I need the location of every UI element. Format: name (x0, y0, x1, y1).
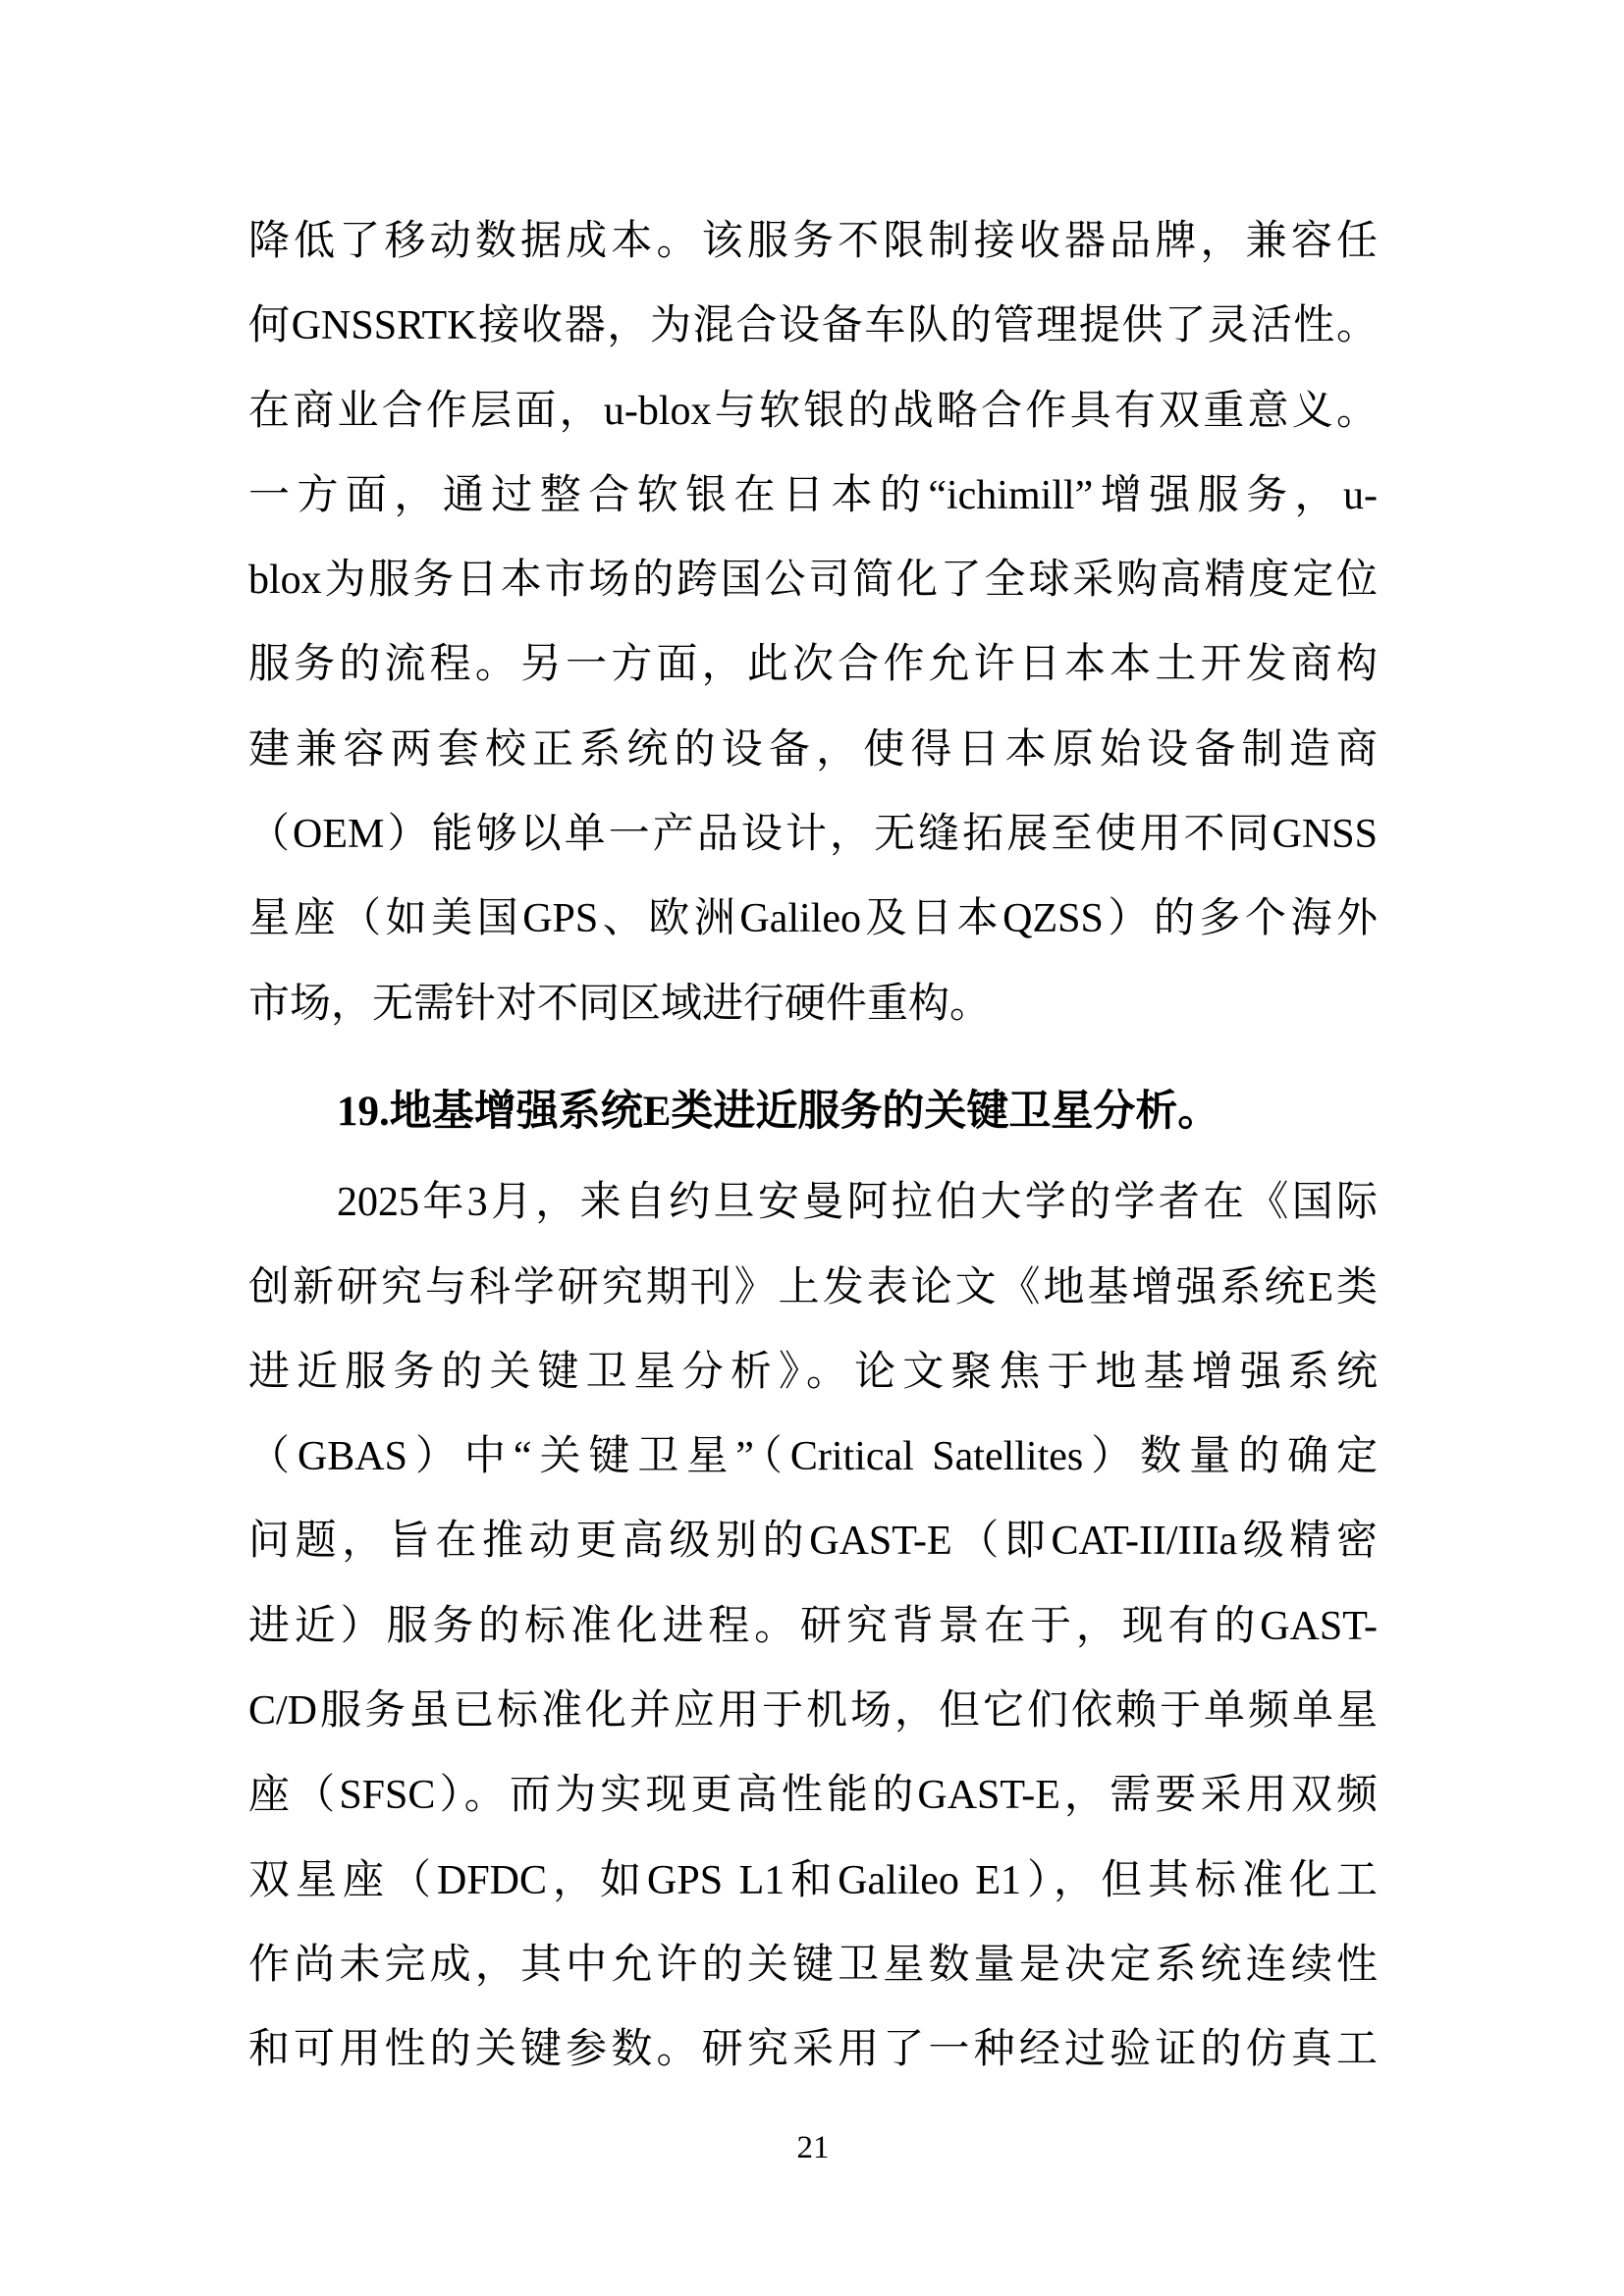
text-line: C/D服务虽已标准化并应用于机场，但它们依赖于单频单星 (248, 1669, 1378, 1753)
text-line: 在商业合作层面，u-blox与软银的战略合作具有双重意义。 (248, 369, 1378, 454)
document-page: 降低了移动数据成本。该服务不限制接收器品牌，兼容任 何GNSSRTK接收器，为混… (0, 0, 1624, 2296)
page-number: 21 (248, 2128, 1378, 2167)
text-line: 进近）服务的标准化进程。研究背景在于，现有的GAST- (248, 1584, 1378, 1669)
text-line: 进近服务的关键卫星分析》。论文聚焦于地基增强系统 (248, 1330, 1378, 1415)
text-line: 和可用性的关键参数。研究采用了一种经过验证的仿真工 (248, 2007, 1378, 2092)
text-line: 服务的流程。另一方面，此次合作允许日本本土开发商构 (248, 622, 1378, 707)
text-line: 建兼容两套校正系统的设备，使得日本原始设备制造商 (248, 708, 1378, 792)
text-line: 2025年3月，来自约旦安曼阿拉伯大学的学者在《国际 (248, 1160, 1378, 1245)
text-line: 何GNSSRTK接收器，为混合设备车队的管理提供了灵活性。 (248, 284, 1378, 368)
section-heading: 19.地基增强系统E类进近服务的关键卫星分析。 (248, 1070, 1378, 1154)
text-line: 降低了移动数据成本。该服务不限制接收器品牌，兼容任 (248, 199, 1378, 284)
page-body: 降低了移动数据成本。该服务不限制接收器品牌，兼容任 何GNSSRTK接收器，为混… (248, 199, 1378, 2093)
text-line: 星座（如美国GPS、欧洲Galileo及日本QZSS）的多个海外 (248, 877, 1378, 961)
text-line: （GBAS）中“关键卫星”（Critical Satellites）数量的确定 (248, 1415, 1378, 1499)
text-line: 市场，无需针对不同区域进行硬件重构。 (248, 962, 1378, 1046)
text-line: （OEM）能够以单一产品设计，无缝拓展至使用不同GNSS (248, 792, 1378, 877)
text-line: 一方面，通过整合软银在日本的“ichimill”增强服务，u- (248, 454, 1378, 538)
text-line: 双星座（DFDC，如GPS L1和Galileo E1），但其标准化工 (248, 1839, 1378, 1923)
text-line: 问题，旨在推动更高级别的GAST-E（即CAT-II/IIIa级精密 (248, 1499, 1378, 1583)
text-line: 作尚未完成，其中允许的关键卫星数量是决定系统连续性 (248, 1923, 1378, 2007)
text-line: blox为服务日本市场的跨国公司简化了全球采购高精度定位 (248, 538, 1378, 622)
text-line: 创新研究与科学研究期刊》上发表论文《地基增强系统E类 (248, 1246, 1378, 1330)
text-line: 座（SFSC）。而为实现更高性能的GAST-E，需要采用双频 (248, 1753, 1378, 1838)
